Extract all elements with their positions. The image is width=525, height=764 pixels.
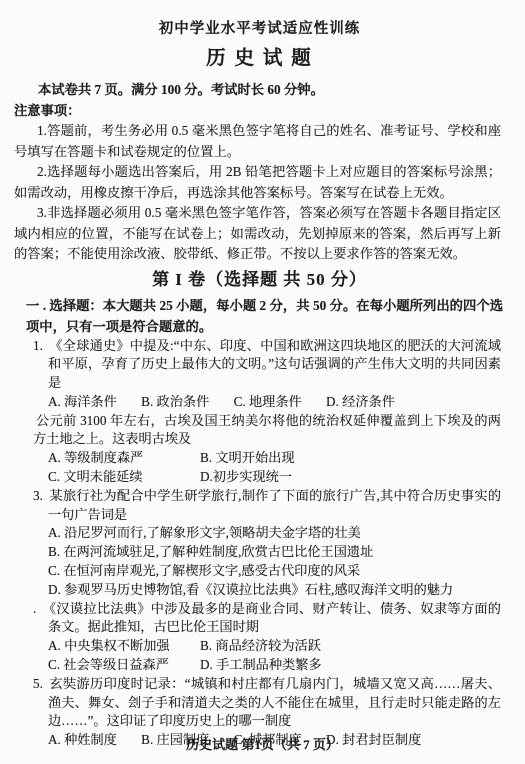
answer-option: A. 海洋条件 [48, 394, 117, 409]
paper-intro: 本试卷共 7 页。满分 100 分。考试时长 60 分钟。 [14, 79, 505, 100]
exam-page: 初中学业水平考试适应性训练 历 史 试 题 本试卷共 7 页。满分 100 分。… [0, 0, 525, 764]
question-options: A. 等级制度森严 B. 文明开始出现 C. 文明未能延续 D.初步实现统一 [33, 449, 505, 487]
question: . 《汉谟拉比法典》中涉及最多的是商业合同、财产转让、债务、奴隶等方面的条文。据… [33, 600, 505, 675]
answer-option: A. 中央集权不断加强 [48, 637, 200, 656]
page-footer: 历史试题 第1页（共 7 页） [0, 734, 525, 753]
answer-option: C. 在恒河南岸观光,了解楔形文字,感受古代印度的风采 [48, 562, 505, 581]
question-text: 《全球通史》中提及:“中东、印度、中国和欧洲这四块地区的肥沃的大河流域和平原，孕… [48, 338, 501, 391]
notice-item: 1.答题前，考生务必用 0.5 毫米黑色签字笔将自己的姓名、准考证号、学校和座号… [14, 121, 505, 162]
question-stem: 5. 玄奘游历印度时记录：“城镇和村庄都有几扇内门，城墙又宽又高……屠夫、渔夫、… [33, 675, 505, 731]
answer-option: C. 地理条件 [234, 394, 302, 409]
question-number: 3. [33, 488, 46, 503]
exam-series-title: 初中学业水平考试适应性训练 [14, 19, 505, 39]
question-stem: 3. 某旅行社为配合中学生研学旅行,制作了下面的旅行广告,其中符合历史事实的一句… [33, 487, 505, 525]
question-options: A. 海洋条件 B. 政治条件 C. 地理条件 D. 经济条件 [33, 393, 505, 412]
answer-option: A. 沿尼罗河而行,了解象形文字,领略胡夫金字塔的壮美 [48, 524, 505, 543]
answer-option: D.初步实现统一 [200, 468, 505, 487]
notice-section: 注意事项： 1.答题前，考生务必用 0.5 毫米黑色签字笔将自己的姓名、准考证号… [14, 100, 505, 265]
notice-item: 2.选择题每小题选出答案后，用 2B 铅笔把答题卡上对应题目的答案标号涂黑；如需… [14, 162, 505, 203]
question-text: 公元前 3100 年左右，古埃及国王纳美尔将他的统治权延伸覆盖到上下埃及的两方土… [33, 413, 501, 447]
question-stem: . 《汉谟拉比法典》中涉及最多的是商业合同、财产转让、债务、奴隶等方面的条文。据… [33, 600, 505, 638]
answer-option: A. 等级制度森严 [48, 449, 200, 468]
question-text: 《汉谟拉比法典》中涉及最多的是商业合同、财产转让、债务、奴隶等方面的条文。据此推… [43, 601, 501, 635]
answer-option: B. 商品经济较为活跃 [200, 637, 505, 656]
section-directions: 一 . 选择题：本大题共 25 小题，每小题 2 分，共 50 分。在每小题所列… [26, 295, 505, 337]
question-options: A. 沿尼罗河而行,了解象形文字,领略胡夫金字塔的壮美 B. 在两河流域驻足,了… [33, 524, 505, 599]
section-heading: 第 I 卷（选择题 共 50 分） [14, 268, 505, 292]
answer-option: D. 参观罗马历史博物馆,看《汉谟拉比法典》石柱,感叹海洋文明的魅力 [48, 581, 505, 600]
question-number: 1. [33, 338, 46, 353]
question-stem: 公元前 3100 年左右，古埃及国王纳美尔将他的统治权延伸覆盖到上下埃及的两方土… [33, 412, 505, 450]
answer-option: D. 手工制品种类繁多 [200, 656, 505, 675]
question-stem: 1. 《全球通史》中提及:“中东、印度、中国和欧洲这四块地区的肥沃的大河流域和平… [33, 337, 505, 393]
question-text: 玄奘游历印度时记录：“城镇和村庄都有几扇内门，城墙又宽又高……屠夫、渔夫、舞女、… [48, 676, 501, 729]
question: 1. 《全球通史》中提及:“中东、印度、中国和欧洲这四块地区的肥沃的大河流域和平… [33, 337, 505, 412]
paper-title: 历 史 试 题 [14, 46, 505, 72]
answer-option: B. 政治条件 [141, 394, 209, 409]
question: 3. 某旅行社为配合中学生研学旅行,制作了下面的旅行广告,其中符合历史事实的一句… [33, 487, 505, 600]
question: 公元前 3100 年左右，古埃及国王纳美尔将他的统治权延伸覆盖到上下埃及的两方土… [33, 412, 505, 487]
answer-option: B. 在两河流域驻足,了解种姓制度,欣赏古巴比伦王国遗址 [48, 543, 505, 562]
notice-heading: 注意事项： [14, 100, 505, 121]
notice-list: 1.答题前，考生务必用 0.5 毫米黑色签字笔将自己的姓名、准考证号、学校和座号… [14, 121, 505, 265]
question-list: 1. 《全球通史》中提及:“中东、印度、中国和欧洲这四块地区的肥沃的大河流域和平… [33, 337, 505, 751]
answer-option: C. 文明未能延续 [48, 468, 200, 487]
question-number: . [33, 601, 40, 616]
answer-option: C. 社会等级日益森严 [48, 656, 200, 675]
answer-option: B. 文明开始出现 [200, 449, 505, 468]
question-number: 5. [33, 676, 47, 691]
question-text: 某旅行社为配合中学生研学旅行,制作了下面的旅行广告,其中符合历史事实的一句广告词… [48, 488, 501, 522]
notice-item: 3.非选择题必须用 0.5 毫米黑色签字笔作答，答案必须写在答题卡各题目指定区域… [14, 203, 505, 265]
answer-option: D. 经济条件 [326, 394, 395, 409]
question-options: A. 中央集权不断加强 B. 商品经济较为活跃 C. 社会等级日益森严 D. 手… [33, 637, 505, 675]
